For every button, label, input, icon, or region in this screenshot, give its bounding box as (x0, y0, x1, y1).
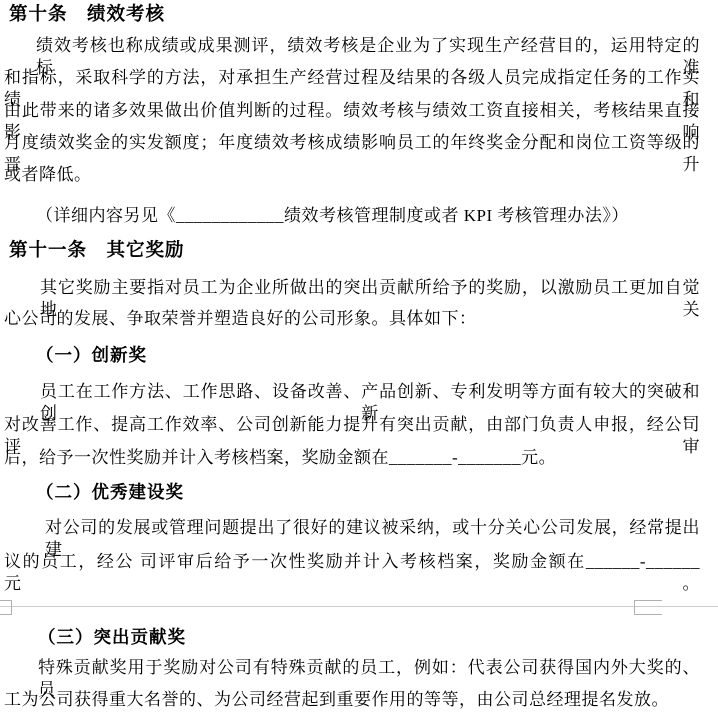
paragraph-line: 心公司的发展、争取荣誉并塑造良好的公司形象。具体如下： (4, 308, 477, 330)
margin-corner-mark-right (634, 600, 662, 615)
paragraph-line: 或者降低。 (4, 164, 92, 186)
margin-corner-mark-left (0, 600, 12, 615)
paragraph-line: 月度绩效奖金的实发额度；年度绩效考核成绩影响员工的年终奖金分配和岗位工资等级的晋… (4, 132, 700, 176)
paragraph-line-amount-blank: 后，给予一次性奖励并计入考核档案，奖励金额在_______-_______元。 (4, 447, 556, 469)
paragraph-line-amount-blank: 议的员工，经公 司评审后给予一次性奖励并计入考核档案，奖励金额在______-_… (4, 551, 700, 595)
paragraph-line: 工为公司获得重大名誉的、为公司经营起到重要作用的等等，由公司总经理提名发放。 (4, 689, 669, 711)
page-break-line (0, 606, 718, 607)
award-heading-contribution: （三）突出贡献奖 (38, 626, 186, 648)
award-heading-innovation: （一）创新奖 (36, 344, 147, 366)
article-heading-11: 第十一条 其它奖励 (9, 240, 185, 262)
note-line-blank-reference: （详细内容另见《____________绩效考核管理制度或者 KPI 考核管理办… (36, 205, 629, 227)
award-heading-construction: （二）优秀建设奖 (36, 481, 184, 503)
article-heading-10: 第十条 绩效考核 (9, 4, 165, 26)
document-page: 第十条 绩效考核 绩效考核也称成绩或成果测评，绩效考核是企业为了实现生产经营目的… (0, 0, 718, 728)
